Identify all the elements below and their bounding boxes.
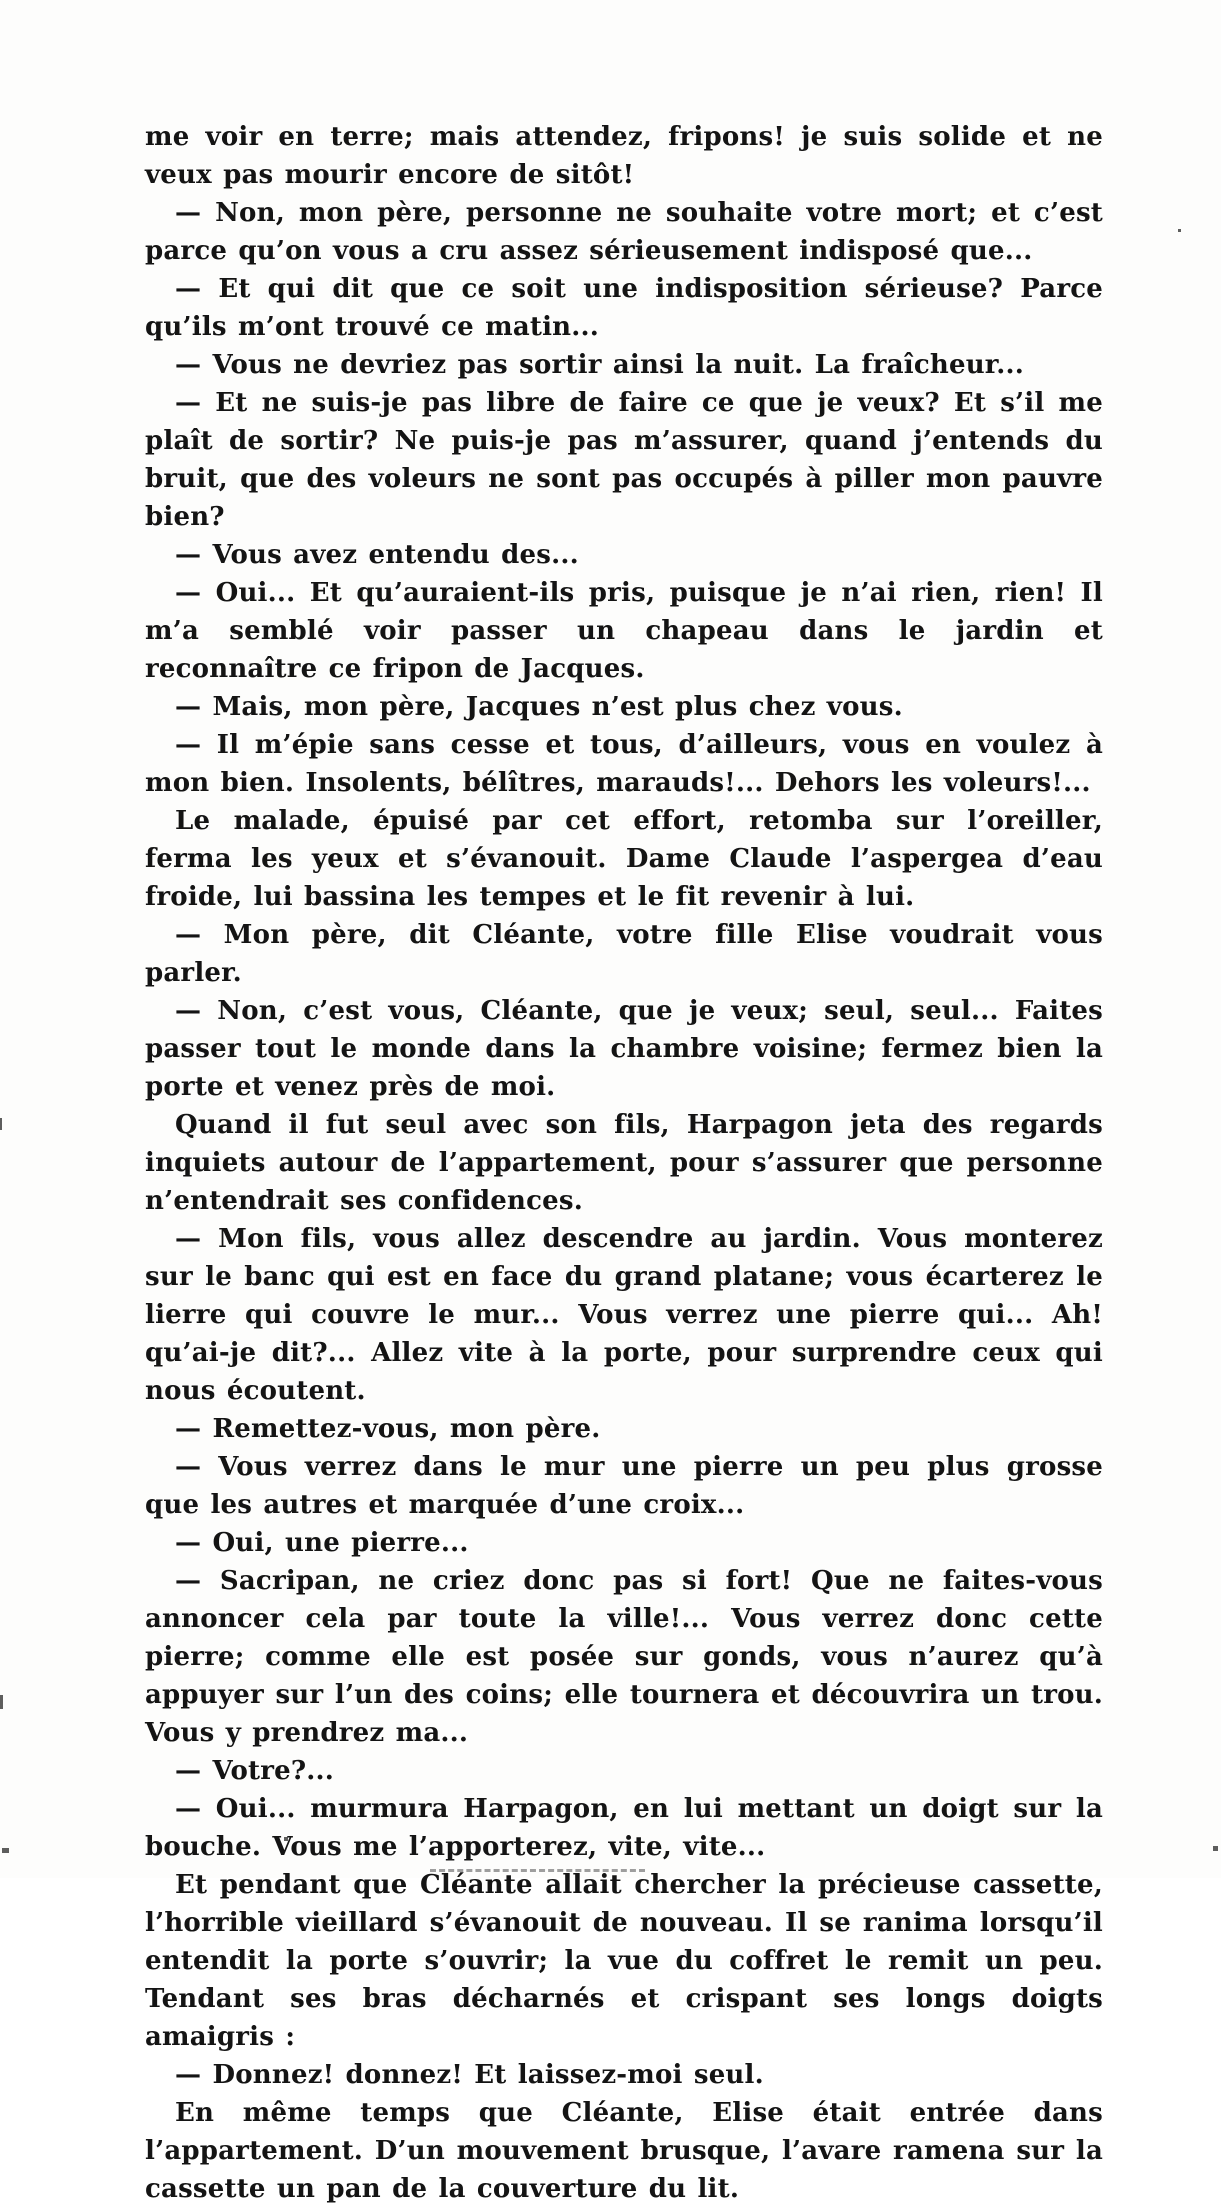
paragraph: — Et qui dit que ce soit une indispositi…: [145, 270, 1103, 346]
paragraph: Quand il fut seul avec son fils, Harpago…: [145, 1106, 1103, 1220]
scan-artifact-speck: [1213, 1846, 1218, 1851]
scan-artifact-speck: [2, 1848, 9, 1853]
paragraph: Le malade, épuisé par cet effort, retomb…: [145, 802, 1103, 916]
paragraph: — Oui, une pierre...: [145, 1524, 1103, 1562]
paragraph: — Vous verrez dans le mur une pierre un …: [145, 1448, 1103, 1524]
paragraph: — Mais, mon père, Jacques n’est plus che…: [145, 688, 1103, 726]
paragraph: — Oui... Et qu’auraient-ils pris, puisqu…: [145, 574, 1103, 688]
paragraph: — Mon père, dit Cléante, votre fille Eli…: [145, 916, 1103, 992]
paragraph: — Non, mon père, personne ne souhaite vo…: [145, 194, 1103, 270]
scan-artifact-speck: [0, 1695, 3, 1709]
paragraph: — Vous avez entendu des...: [145, 536, 1103, 574]
paragraph: — Vous ne devriez pas sortir ainsi la nu…: [145, 346, 1103, 384]
scan-artifact-speck: [0, 1118, 2, 1130]
book-page: me voir en terre; mais attendez, fripons…: [0, 0, 1221, 1878]
paragraph: — Votre?...: [145, 1752, 1103, 1790]
paragraph: — Non, c’est vous, Cléante, que je veux;…: [145, 992, 1103, 1106]
scan-artifact-speck: [1178, 229, 1181, 232]
paragraph: — Oui... murmura Harpagon, en lui mettan…: [145, 1790, 1103, 1866]
page-text-block: me voir en terre; mais attendez, fripons…: [145, 118, 1103, 1878]
paragraph: — Il m’épie sans cesse et tous, d’ailleu…: [145, 726, 1103, 802]
paragraph: — Sacripan, ne criez donc pas si fort! Q…: [145, 1562, 1103, 1752]
paragraph: me voir en terre; mais attendez, fripons…: [145, 118, 1103, 194]
paragraph: Et pendant que Cléante allait chercher l…: [145, 1866, 1103, 1878]
paragraph: — Mon fils, vous allez descendre au jard…: [145, 1220, 1103, 1410]
paragraph: — Remettez-vous, mon père.: [145, 1410, 1103, 1448]
paragraph: — Et ne suis-je pas libre de faire ce qu…: [145, 384, 1103, 536]
